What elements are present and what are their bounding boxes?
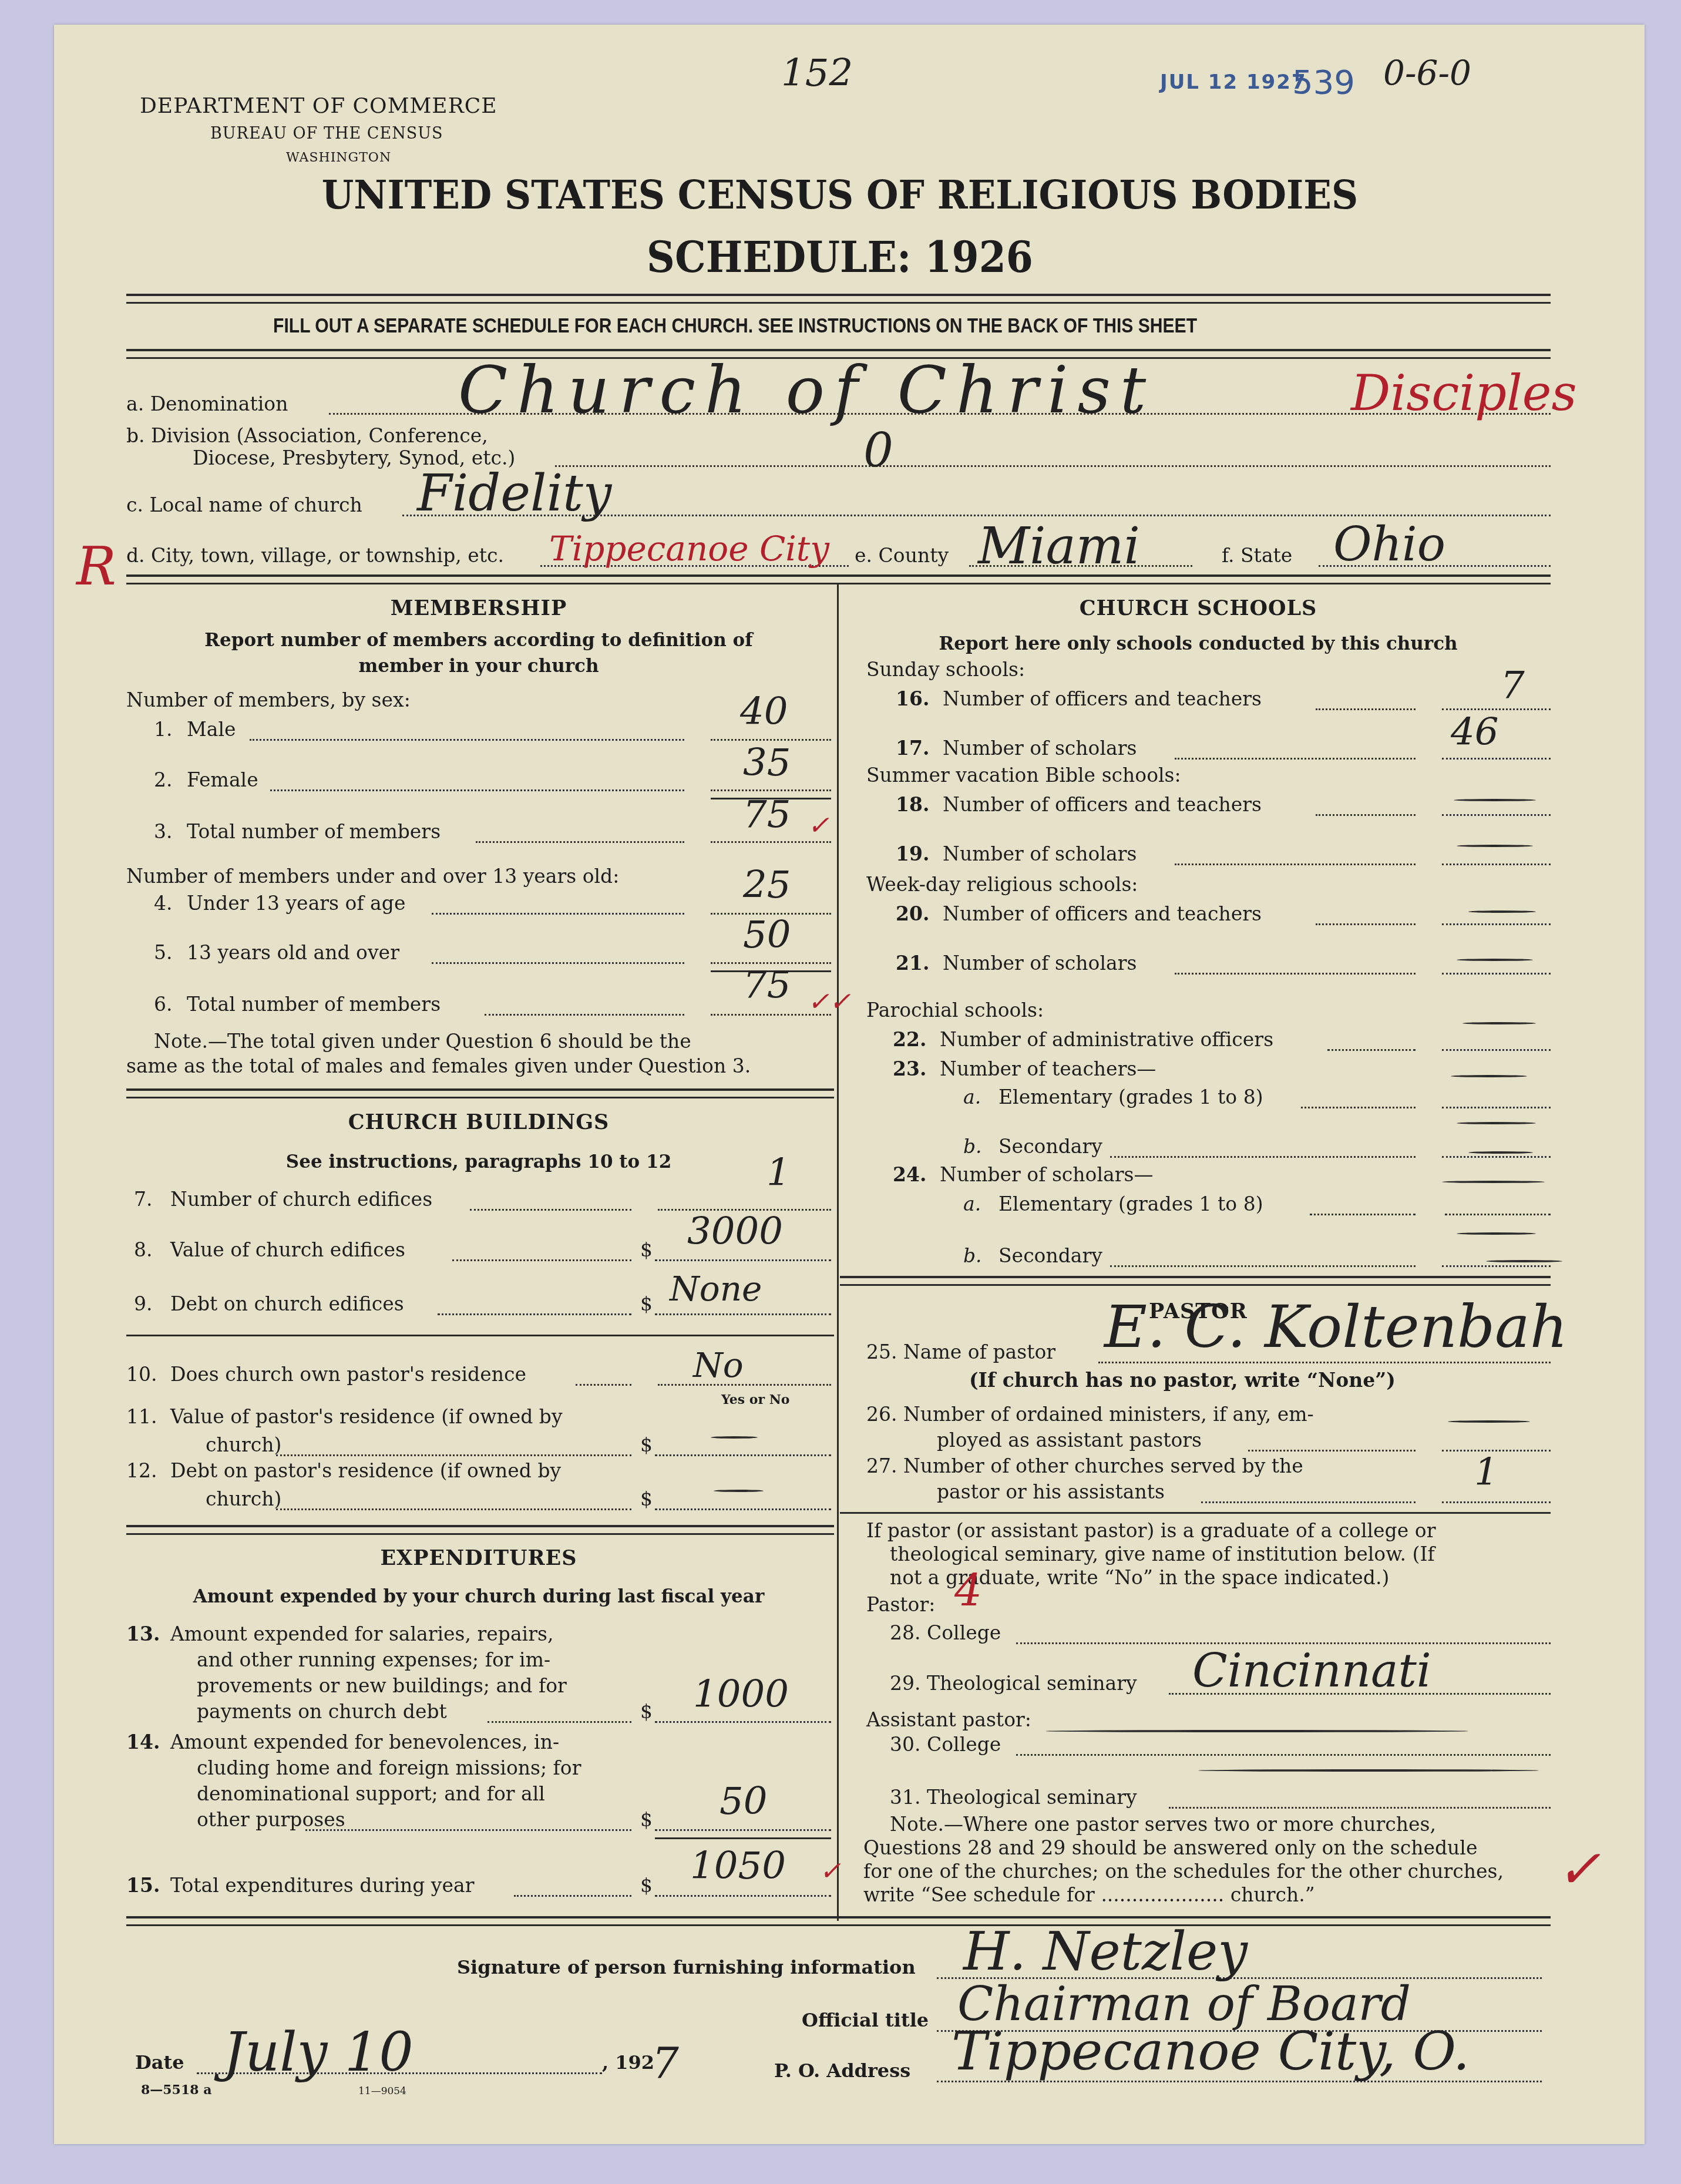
official-title-label: Official title	[802, 2009, 929, 2031]
q23-number: 23.	[893, 1057, 926, 1080]
answer-line	[1442, 1049, 1551, 1051]
blank-dash	[1486, 1260, 1562, 1262]
pastor-note-2: Questions 28 and 29 should be answered o…	[863, 1836, 1477, 1859]
leader	[1316, 708, 1416, 710]
denomination-label: a. Denomination	[126, 392, 288, 415]
city-field[interactable]: Tippecanoe City	[549, 529, 829, 569]
answer-line	[711, 841, 831, 843]
q12-label-cont: church)	[206, 1487, 281, 1510]
q14-line-4: other purposes	[197, 1808, 345, 1831]
form-number: 8—5518 a	[141, 2082, 211, 2098]
blank-dash	[1451, 1075, 1527, 1077]
po-address-field[interactable]: Tippecanoe City, O.	[952, 2021, 1470, 2082]
divider	[126, 1525, 834, 1535]
blank-dash	[714, 1490, 764, 1492]
q30-label: 30. College	[890, 1733, 1001, 1756]
q19-number: 19.	[896, 842, 929, 865]
pastor-name-label: 25. Name of pastor	[866, 1340, 1055, 1363]
leader	[470, 1209, 631, 1211]
q1-number: 1.	[154, 718, 173, 741]
under-13-field[interactable]: 25	[743, 863, 791, 907]
graduate-instructions: If pastor (or assistant pastor) is a gra…	[866, 1519, 1435, 1542]
answer-line	[1442, 814, 1551, 816]
state-label: f. State	[1222, 544, 1292, 567]
membership-note: Note.—The total given under Question 6 s…	[154, 1029, 691, 1054]
total-members-check-field[interactable]: 75	[743, 963, 791, 1007]
q18-label: Number of officers and teachers	[943, 793, 1262, 816]
q11-number: 11.	[126, 1405, 157, 1428]
yes-no-hint: Yes or No	[721, 1392, 790, 1407]
answer-line	[655, 1895, 831, 1897]
q23b-label: Secondary	[998, 1135, 1102, 1158]
edifice-count-field[interactable]: 1	[766, 1151, 791, 1195]
owns-residence-field[interactable]: No	[693, 1345, 744, 1385]
po-address-label: P. O. Address	[774, 2059, 910, 2082]
q4-number: 4.	[154, 892, 173, 915]
q23a-label: Elementary (grades 1 to 8)	[998, 1086, 1263, 1108]
by-sex-label: Number of members, by sex:	[126, 688, 411, 711]
answer-line	[1442, 1156, 1551, 1158]
leader	[1175, 758, 1416, 760]
answer-line	[1442, 708, 1551, 710]
q27-label: 27. Number of other churches served by t…	[866, 1454, 1303, 1477]
leader	[1175, 973, 1416, 975]
q24b-label: Secondary	[998, 1244, 1102, 1267]
column-divider	[837, 584, 839, 1921]
blank-dash	[1457, 1232, 1536, 1235]
stamp-number: 539	[1292, 63, 1355, 102]
total-expenditures-field[interactable]: 1050	[690, 1844, 786, 1888]
q23a-letter: a.	[963, 1086, 981, 1108]
q24a-letter: a.	[963, 1192, 981, 1215]
check-mark-icon: ✓	[819, 1856, 841, 1886]
answer-line	[1016, 1754, 1551, 1756]
q12-number: 12.	[126, 1459, 157, 1482]
divider	[126, 294, 1551, 304]
leader	[1175, 863, 1416, 865]
q8-label: Value of church edifices	[170, 1238, 405, 1261]
blank-dash	[1457, 1122, 1536, 1124]
leader	[452, 1259, 631, 1261]
q9-label: Debt on church edifices	[170, 1292, 404, 1315]
date-field[interactable]: July 10	[223, 2021, 413, 2084]
blank-dash	[1045, 1730, 1468, 1732]
q14-line-2: cluding home and foreign missions; for	[197, 1756, 581, 1779]
denomination-field[interactable]: Church of Christ	[458, 352, 1155, 428]
q16-number: 16.	[896, 687, 929, 710]
check-mark-icon: ✓✓	[808, 987, 851, 1017]
leader	[1316, 814, 1416, 816]
pastor-name-hint: (If church has no pastor, write “None”)	[969, 1369, 1396, 1392]
divider	[126, 1916, 1551, 1926]
leader	[270, 789, 684, 791]
parochial-schools-label: Parochial schools:	[866, 999, 1044, 1022]
expenditures-heading: EXPENDITURES	[126, 1546, 831, 1570]
answer-line	[1445, 1214, 1551, 1215]
q14-line-3: denominational support; and for all	[197, 1782, 545, 1805]
q27-label-cont: pastor or his assistants	[937, 1480, 1165, 1503]
other-churches-field[interactable]: 1	[1474, 1451, 1498, 1494]
city-name: WASHINGTON	[286, 150, 391, 165]
membership-note-cont: same as the total of males and females g…	[126, 1054, 751, 1078]
answer-line	[1442, 973, 1551, 975]
pastor-note: Note.—Where one pastor serves two or mor…	[890, 1813, 1436, 1836]
divider	[126, 1335, 834, 1336]
check-mark-icon: ✓	[808, 811, 829, 841]
q17-label: Number of scholars	[943, 737, 1137, 760]
q13-line-3: provements or new buildings; and for	[197, 1674, 567, 1697]
dollar-sign: $	[640, 1433, 653, 1456]
church-buildings-subheading: See instructions, paragraphs 10 to 12	[126, 1151, 831, 1172]
q22-label: Number of administrative officers	[940, 1028, 1273, 1051]
margin-mark: R	[76, 536, 116, 597]
membership-heading: MEMBERSHIP	[126, 596, 831, 620]
q11-label-cont: church)	[206, 1433, 281, 1456]
q20-number: 20.	[896, 902, 929, 925]
dollar-sign: $	[640, 1874, 653, 1897]
answer-line	[711, 739, 831, 741]
local-name-label: c. Local name of church	[126, 493, 362, 516]
leader	[1110, 1156, 1416, 1158]
sum-line	[655, 1837, 831, 1839]
divider	[126, 1088, 834, 1098]
pastor-subsection-label: Pastor:	[866, 1593, 935, 1616]
answer-line	[655, 1259, 831, 1261]
q28-label: 28. College	[890, 1621, 1001, 1644]
leader	[555, 465, 1551, 467]
divider	[126, 574, 1551, 584]
leader	[276, 1454, 631, 1456]
answer-line	[655, 1721, 831, 1723]
answer-line	[1442, 1501, 1551, 1503]
age-label: Number of members under and over 13 year…	[126, 865, 619, 888]
q26-label: 26. Number of ordained ministers, if any…	[866, 1403, 1314, 1426]
q24b-letter: b.	[963, 1244, 982, 1267]
answer-line	[655, 1454, 831, 1456]
date-label: Date	[135, 2051, 184, 2074]
answer-line	[1016, 1642, 1551, 1644]
q3-label: Total number of members	[187, 820, 441, 843]
q7-label: Number of church edifices	[170, 1188, 432, 1211]
q24-label: Number of scholars—	[940, 1163, 1153, 1186]
q20-label: Number of officers and teachers	[943, 902, 1262, 925]
q2-label: Female	[187, 768, 258, 791]
graduate-instructions-2: theological seminary, give name of insti…	[890, 1543, 1435, 1565]
file-number: 152	[781, 52, 853, 95]
weekday-schools-label: Week-day religious schools:	[866, 873, 1138, 896]
q10-label: Does church own pastor's residence	[170, 1363, 526, 1386]
dollar-sign: $	[640, 1238, 653, 1261]
leader	[576, 1384, 631, 1386]
q18-number: 18.	[896, 793, 929, 816]
pastor-note-4: write “See schedule for ................…	[863, 1883, 1315, 1906]
check-mark-icon: ✓	[1556, 1839, 1601, 1900]
membership-subheading-cont: member in your church	[126, 656, 831, 677]
q3-number: 3.	[154, 820, 173, 843]
leader	[305, 1829, 631, 1831]
q5-label: 13 years old and over	[187, 941, 399, 964]
received-date-stamp: JUL 12 1927	[1160, 70, 1307, 94]
department-name: DEPARTMENT OF COMMERCE	[140, 94, 497, 118]
q21-label: Number of scholars	[943, 952, 1137, 975]
q1-label: Male	[187, 718, 236, 741]
schedule-year: SCHEDULE: 1926	[110, 232, 1569, 282]
q5-number: 5.	[154, 941, 173, 964]
pastor-note-3: for one of the churches; on the schedule…	[863, 1860, 1504, 1883]
leader	[1110, 1265, 1416, 1267]
dollar-sign: $	[640, 1700, 653, 1723]
dollar-sign: $	[640, 1808, 653, 1831]
expenditures-subheading: Amount expended by your church during la…	[126, 1586, 831, 1607]
q7-number: 7.	[134, 1188, 153, 1211]
denomination-annotation: Disciples	[1351, 364, 1577, 422]
q14-line-1: Amount expended for benevolences, in-	[170, 1731, 559, 1753]
answer-line	[1442, 863, 1551, 865]
q12-label: Debt on pastor's residence (if owned by	[170, 1459, 561, 1482]
blank-dash	[1457, 845, 1533, 847]
q24a-label: Elementary (grades 1 to 8)	[998, 1192, 1263, 1215]
q15-number: 15.	[126, 1874, 160, 1897]
divider	[840, 1512, 1551, 1514]
q17-number: 17.	[896, 737, 929, 760]
q21-number: 21.	[896, 952, 929, 975]
q11-label: Value of pastor's residence (if owned by	[170, 1405, 563, 1428]
q22-number: 22.	[893, 1028, 926, 1051]
pastor-name-field[interactable]: E. C. Koltenbah	[1104, 1292, 1568, 1361]
q14-number: 14.	[126, 1731, 160, 1753]
answer-line	[711, 789, 831, 791]
year-prefix: , 192	[602, 2051, 654, 2074]
total-members-field[interactable]: 75	[743, 793, 791, 836]
instructions-banner: FILL OUT A SEPARATE SCHEDULE FOR EACH CH…	[273, 314, 1197, 338]
edifice-debt-field[interactable]: None	[670, 1269, 762, 1309]
leader	[1316, 923, 1416, 925]
answer-line	[1442, 1265, 1551, 1267]
edifice-value-field[interactable]: 3000	[687, 1210, 783, 1254]
answer-line	[655, 1313, 831, 1315]
blank-dash	[1457, 959, 1533, 961]
local-name-field[interactable]: Fidelity	[417, 464, 611, 523]
page-title: UNITED STATES CENSUS OF RELIGIOUS BODIES	[110, 172, 1569, 219]
over-13-field[interactable]: 50	[743, 913, 791, 957]
answer-line	[658, 1384, 831, 1386]
leader	[485, 1014, 684, 1016]
pastor-red-mark: 4	[954, 1565, 982, 1616]
leader	[432, 913, 684, 915]
q9-number: 9.	[134, 1292, 153, 1315]
sunday-scholars-field[interactable]: 46	[1451, 711, 1498, 754]
q13-line-1: Amount expended for salaries, repairs,	[170, 1622, 553, 1645]
county-field[interactable]: Miami	[978, 517, 1140, 576]
leader	[1301, 1107, 1416, 1108]
q31-label: 31. Theological seminary	[890, 1786, 1137, 1809]
leader	[1201, 1501, 1416, 1503]
answer-line	[1169, 1807, 1551, 1809]
q4-label: Under 13 years of age	[187, 892, 405, 915]
leader	[250, 739, 684, 741]
leader	[514, 1895, 631, 1897]
sunday-schools-label: Sunday schools:	[866, 658, 1025, 681]
q13-number: 13.	[126, 1622, 160, 1645]
leader	[1098, 1362, 1551, 1363]
q6-number: 6.	[154, 993, 173, 1016]
signature-label: Signature of person furnishing informati…	[457, 1956, 916, 1978]
stamp-code: 0-6-0	[1383, 53, 1471, 93]
membership-subheading: Report number of members according to de…	[126, 630, 831, 651]
state-field[interactable]: Ohio	[1333, 517, 1445, 572]
q13-line-4: payments on church debt	[197, 1700, 447, 1723]
male-count-field[interactable]: 40	[740, 690, 788, 734]
answer-line	[1442, 1107, 1551, 1108]
q15-line-1: Total expenditures during year	[170, 1874, 474, 1897]
county-label: e. County	[855, 544, 949, 567]
female-count-field[interactable]: 35	[743, 741, 791, 785]
seminary-field[interactable]: Cincinnati	[1192, 1645, 1431, 1698]
leader	[476, 841, 684, 843]
dollar-sign: $	[640, 1487, 653, 1510]
blank-dash	[711, 1436, 758, 1439]
q13-line-2: and other running expenses; for im-	[197, 1648, 550, 1671]
city-label: d. City, town, village, or township, etc…	[126, 544, 504, 567]
q6-label: Total number of members	[187, 993, 441, 1016]
answer-line	[1442, 923, 1551, 925]
blank-dash	[1463, 1022, 1536, 1024]
church-schools-subheading: Report here only schools conducted by th…	[846, 633, 1551, 654]
year-field[interactable]: 7	[652, 2038, 679, 2088]
blank-dash	[1468, 910, 1536, 913]
q10-number: 10.	[126, 1363, 157, 1386]
answer-line	[655, 1508, 831, 1510]
q16-label: Number of officers and teachers	[943, 687, 1262, 710]
print-code: 11—9054	[358, 2085, 406, 2097]
q2-number: 2.	[154, 768, 173, 791]
leader	[1327, 1049, 1416, 1051]
leader	[438, 1313, 631, 1315]
q23b-letter: b.	[963, 1135, 982, 1158]
leader	[1248, 1450, 1416, 1451]
blank-dash	[1442, 1181, 1545, 1183]
dollar-sign: $	[640, 1292, 653, 1315]
blank-dash	[1198, 1769, 1539, 1772]
running-expenses-field[interactable]: 1000	[693, 1673, 789, 1716]
sunday-teachers-field[interactable]: 7	[1501, 664, 1525, 707]
bureau-name: BUREAU OF THE CENSUS	[210, 125, 443, 143]
division-label: b. Division (Association, Conference,	[126, 424, 488, 447]
divider	[840, 1276, 1551, 1286]
blank-dash	[1448, 1420, 1530, 1423]
answer-line	[1442, 758, 1551, 760]
q24-number: 24.	[893, 1163, 926, 1186]
q8-number: 8.	[134, 1238, 153, 1261]
assistant-pastor-label: Assistant pastor:	[866, 1708, 1031, 1731]
signature-field[interactable]: H. Netzley	[963, 1921, 1248, 1983]
answer-line	[655, 1829, 831, 1831]
q23-label: Number of teachers—	[940, 1057, 1156, 1080]
leader	[488, 1721, 631, 1723]
q26-label-cont: ployed as assistant pastors	[937, 1429, 1202, 1451]
division-field[interactable]: 0	[863, 423, 893, 478]
leader	[276, 1508, 631, 1510]
blank-dash	[1468, 1151, 1533, 1154]
benevolences-field[interactable]: 50	[720, 1780, 767, 1823]
blank-dash	[1454, 799, 1536, 801]
summer-schools-label: Summer vacation Bible schools:	[866, 764, 1181, 787]
church-buildings-heading: CHURCH BUILDINGS	[126, 1110, 831, 1134]
church-schools-heading: CHURCH SCHOOLS	[846, 596, 1551, 620]
q29-label: 29. Theological seminary	[890, 1672, 1137, 1695]
leader	[432, 962, 684, 964]
leader	[1310, 1214, 1416, 1215]
q19-label: Number of scholars	[943, 842, 1137, 865]
